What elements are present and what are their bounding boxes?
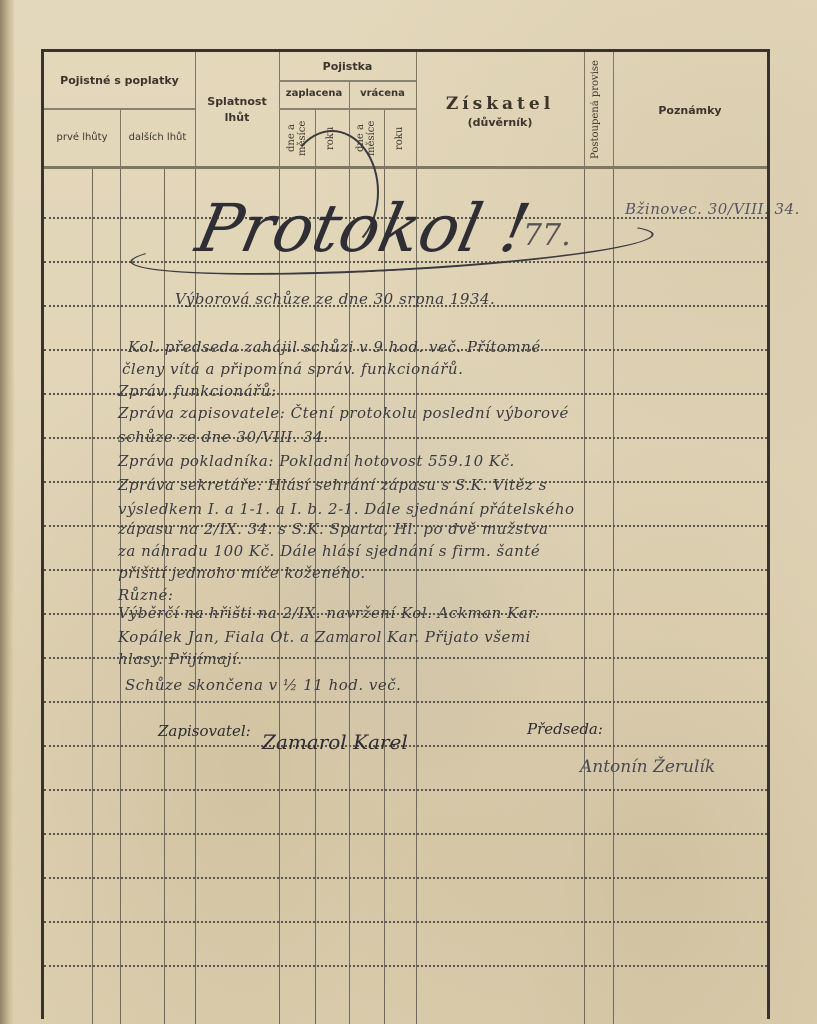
header-acquirer-sub: (důvěrník) <box>416 116 584 129</box>
header-returned-year: roku <box>394 114 408 162</box>
minutes-line-9: výsledkem I. a 1-1. a I. b. 2-1. Dále sj… <box>118 500 575 518</box>
chairman-label: Předseda: <box>527 720 603 738</box>
header-due: Splatnost lhůt <box>204 94 270 126</box>
header-returned: vrácena <box>349 88 416 99</box>
header-premium-first: prvé lhůty <box>44 132 120 143</box>
secretary-signature: Zamarol Karel <box>262 730 408 754</box>
header-commission: Postoupená provise <box>590 60 608 160</box>
minutes-line-3: členy vítá a připomíná správ. funkcionář… <box>122 360 463 378</box>
table-header: Pojistné s poplatky prvé lhůty dalších l… <box>44 52 767 169</box>
header-policy-group: Pojistka <box>279 60 416 73</box>
header-acquirer: Získatel <box>416 94 584 114</box>
minutes-line-6: schůze ze dne 30/VIII. 34. <box>118 428 329 446</box>
minutes-line-12: přišití jednoho míče koženého. <box>118 564 366 582</box>
minutes-line-17: Schůze skončena v ½ 11 hod. več. <box>125 676 401 694</box>
protocol-title: Protokol ! <box>190 190 537 267</box>
minutes-line-10: zápasu na 2/IX. 34. s S.K. Sparta, Hl. p… <box>118 520 548 538</box>
minutes-line-2: Kol. předseda zahájil schůzi v 9 hod. ve… <box>128 338 541 356</box>
minutes-line-7: Zpráva pokladníka: Pokladní hotovost 559… <box>118 452 515 470</box>
book-spine <box>0 0 14 1024</box>
header-premium-group: Pojistné s poplatky <box>44 74 195 87</box>
minutes-line-11: za náhradu 100 Kč. Dále hlásí sjednání s… <box>118 542 540 560</box>
minutes-line-5: Zpráva zapisovatele: Čtení protokolu pos… <box>118 404 569 422</box>
ledger-page: Pojistné s poplatky prvé lhůty dalších l… <box>0 0 817 1024</box>
minutes-line-15: Kopálek Jan, Fiala Ot. a Zamarol Kar. Př… <box>118 628 531 646</box>
minutes-line-1: Výborová schůze ze dne 30 srpna 1934. <box>175 290 495 308</box>
header-notes: Poznámky <box>613 104 767 117</box>
minutes-line-14: Výběrčí na hřišti na 2/IX. navržení Kol.… <box>118 604 540 622</box>
minutes-line-13: Různé: <box>118 586 173 604</box>
header-paid: zaplacena <box>279 88 349 99</box>
chairman-signature: Antonín Žerulík <box>580 757 715 777</box>
minutes-line-16: hlasy. Přijímají. <box>118 650 243 668</box>
place-date: Bžinovec. 30/VIII. 34. <box>625 200 800 218</box>
protocol-number: 77. <box>523 218 571 253</box>
minutes-line-4: Zpráv. funkcionářů: <box>118 382 277 400</box>
secretary-label: Zapisovatel: <box>158 722 251 740</box>
header-premium-further: dalších lhůt <box>120 132 195 143</box>
minutes-line-8: Zpráva sekretáře: Hlásí sehrání zápasu s… <box>118 476 547 494</box>
